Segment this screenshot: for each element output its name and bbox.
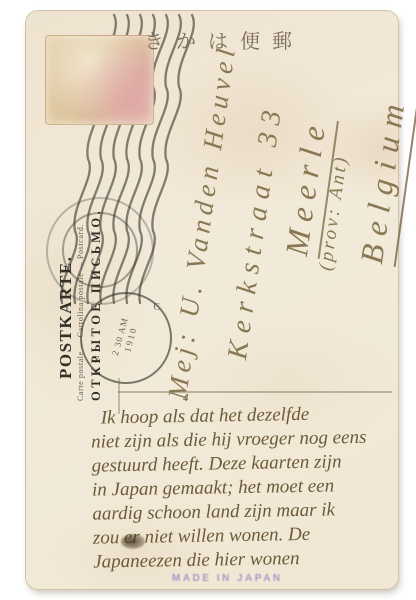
printed-subtitle-multilingual: Carte postale — Cartolina postale — Post…	[76, 224, 85, 401]
address-country: Belgium	[353, 93, 416, 267]
message-insertion-mark: 4	[183, 392, 189, 404]
postmark-letter: C	[153, 302, 160, 313]
removed-stamp-remnant	[45, 35, 154, 125]
made-in-japan-stamp: MADE IN JAPAN	[172, 573, 283, 584]
ink-blot	[121, 534, 145, 549]
postcard-scan: きかは便郵 C 7 2 30 AM 1910 POSTKARTE. Carte …	[0, 0, 416, 600]
printed-cyrillic-otkrytoe-pismo: ОТКРЫТОЕ ПИСЬМО.	[89, 208, 104, 401]
address-street: Kerkstraat 33	[222, 101, 290, 362]
postcard-back: きかは便郵 C 7 2 30 AM 1910 POSTKARTE. Carte …	[26, 11, 398, 589]
postmark-rotated-text: 2 30 AM 1910	[110, 316, 142, 360]
message-line: Japaneezen die hier wonen	[93, 545, 395, 574]
printed-title-postkarte: POSTKARTE.	[56, 255, 76, 379]
divider-line	[118, 391, 392, 393]
